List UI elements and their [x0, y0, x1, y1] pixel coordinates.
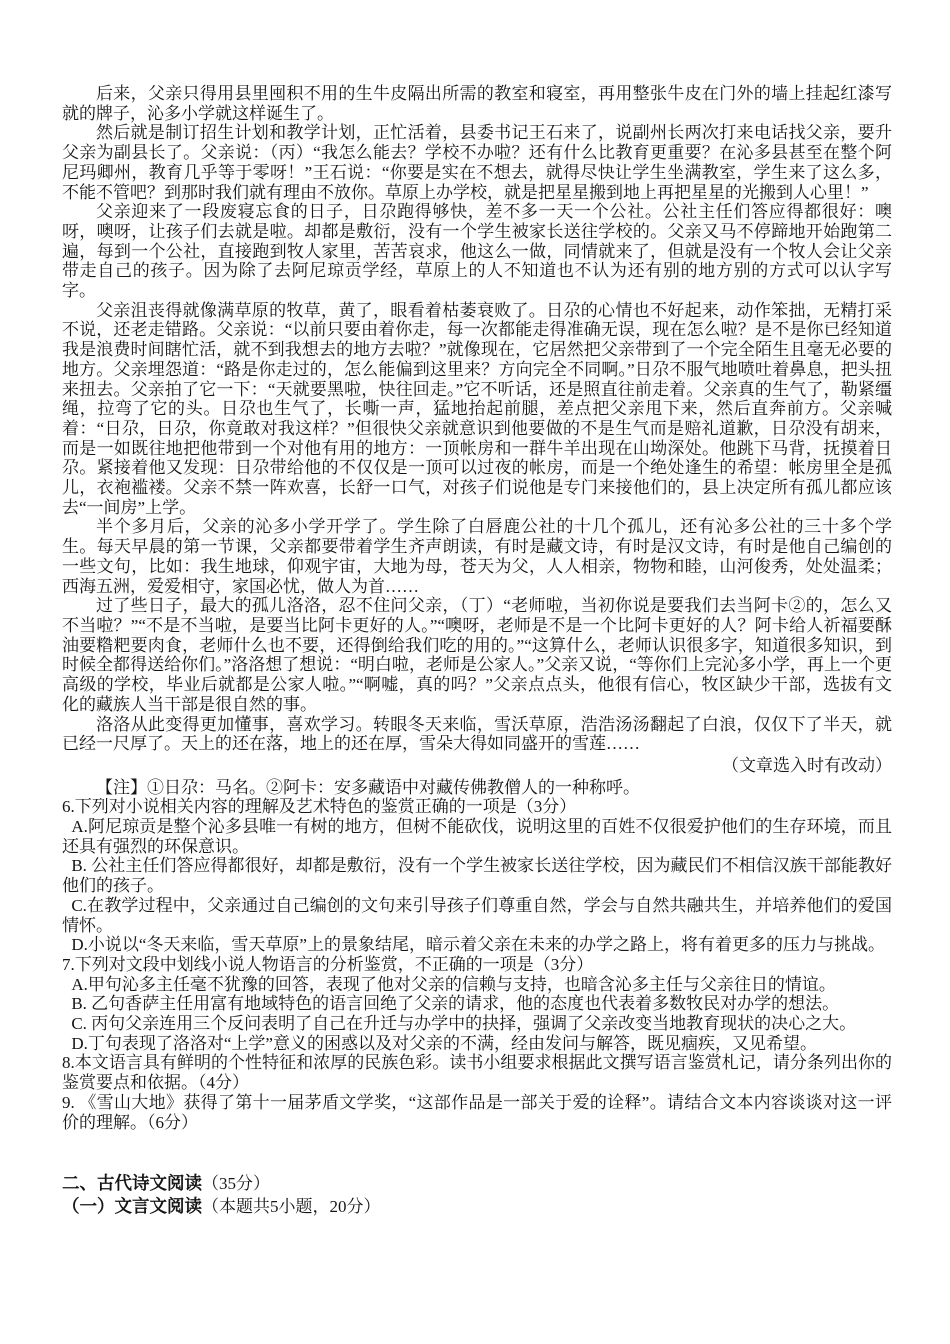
- passage-paragraph-7: 洛洛从此变得更加懂事，喜欢学习。转眼冬天来临，雪沃草原，浩浩汤汤翻起了白浪，仅仅…: [62, 715, 892, 754]
- section-heading-part2: 二、古代诗文阅读（35分）: [62, 1172, 892, 1195]
- question-6-option-c: C.在教学过程中，父亲通过自己编创的文句来引导孩子们尊重自然，学会与自然共融共生…: [62, 896, 892, 935]
- question-7-option-c: C. 丙句父亲连用三个反问表明了自己在升迁与办学中的抉择，强调了父亲改变当地教育…: [62, 1014, 892, 1034]
- question-7-option-a: A.甲句沁多主任毫不犹豫的回答，表现了他对父亲的信赖与支持，也暗含沁多主任与父亲…: [62, 975, 892, 995]
- question-8-stem: 8.本文语言具有鲜明的个性特征和浓厚的民族色彩。读书小组要求根据此文撰写语言鉴赏…: [62, 1053, 892, 1092]
- question-7-stem: 7.下列对文段中划线小说人物语言的分析鉴赏，不正确的一项是（3分）: [62, 955, 892, 975]
- question-7-option-b: B. 乙句香萨主任用富有地域特色的语言回绝了父亲的请求，他的态度也代表着多数牧民…: [62, 994, 892, 1014]
- section-heading-part2-1: （一）文言文阅读（本题共5小题，20分）: [62, 1195, 892, 1218]
- question-9-stem: 9. 《雪山大地》获得了第十一届茅盾文学奖，“这部作品是一部关于爱的诠释”。请结…: [62, 1093, 892, 1132]
- section-spacer: [62, 1132, 892, 1172]
- passage-paragraph-1: 后来，父亲只得用县里囤积不用的生牛皮隔出所需的教室和寝室，再用整张牛皮在门外的墙…: [62, 84, 892, 123]
- passage-note: 【注】①日尕：马名。②阿卡：安多藏语中对藏传佛教僧人的一种称呼。: [62, 778, 892, 798]
- passage-attribution: （文章选入时有改动）: [62, 756, 892, 776]
- passage-paragraph-3: 父亲迎来了一段废寝忘食的日子，日尕跑得够快，差不多一天一个公社。公社主任们答应得…: [62, 202, 892, 301]
- passage-paragraph-5: 半个多月后，父亲的沁多小学开学了。学生除了白唇鹿公社的十几个孤儿，还有沁多公社的…: [62, 517, 892, 596]
- question-6-stem: 6.下列对小说相关内容的理解及艺术特色的鉴赏正确的一项是（3分）: [62, 797, 892, 817]
- passage-paragraph-2: 然后就是制订招生计划和教学计划，正忙活着，县委书记王石来了，说副州长两次打来电话…: [62, 123, 892, 202]
- section-part2-1-title: （一）文言文阅读: [62, 1196, 202, 1216]
- question-6-option-b: B. 公社主任们答应得都很好，却都是敷衍，没有一个学生被家长送往学校，因为藏民们…: [62, 856, 892, 895]
- section-part2-score: （35分）: [202, 1174, 270, 1193]
- exam-page: 后来，父亲只得用县里囤积不用的生牛皮隔出所需的教室和寝室，再用整张牛皮在门外的墙…: [0, 0, 950, 1344]
- passage-paragraph-4: 父亲沮丧得就像满草原的牧草，黄了，眼看着枯萎衰败了。日尕的心情也不好起来，动作笨…: [62, 301, 892, 518]
- question-7-option-d: D.丁句表现了洛洛对“上学”意义的困惑以及对父亲的不满，经由发问与解答，既见痼疾…: [62, 1034, 892, 1054]
- section-part2-title: 二、古代诗文阅读: [62, 1173, 202, 1193]
- question-6-option-d: D.小说以“冬天来临，雪天草原”上的景象结尾，暗示着父亲在未来的办学之路上，将有…: [62, 935, 892, 955]
- passage-paragraph-6: 过了些日子，最大的孤儿洛洛，忍不住问父亲，（丁）“老师啦，当初你说是要我们去当阿…: [62, 596, 892, 714]
- question-6: 6.下列对小说相关内容的理解及艺术特色的鉴赏正确的一项是（3分） A.阿尼琼贡是…: [62, 797, 892, 955]
- section-part2-1-score: （本题共5小题，20分）: [202, 1197, 381, 1216]
- question-6-option-a: A.阿尼琼贡是整个沁多县唯一有树的地方，但树不能砍伐，说明这里的百姓不仅很爱护他…: [62, 817, 892, 856]
- question-7: 7.下列对文段中划线小说人物语言的分析鉴赏，不正确的一项是（3分） A.甲句沁多…: [62, 955, 892, 1054]
